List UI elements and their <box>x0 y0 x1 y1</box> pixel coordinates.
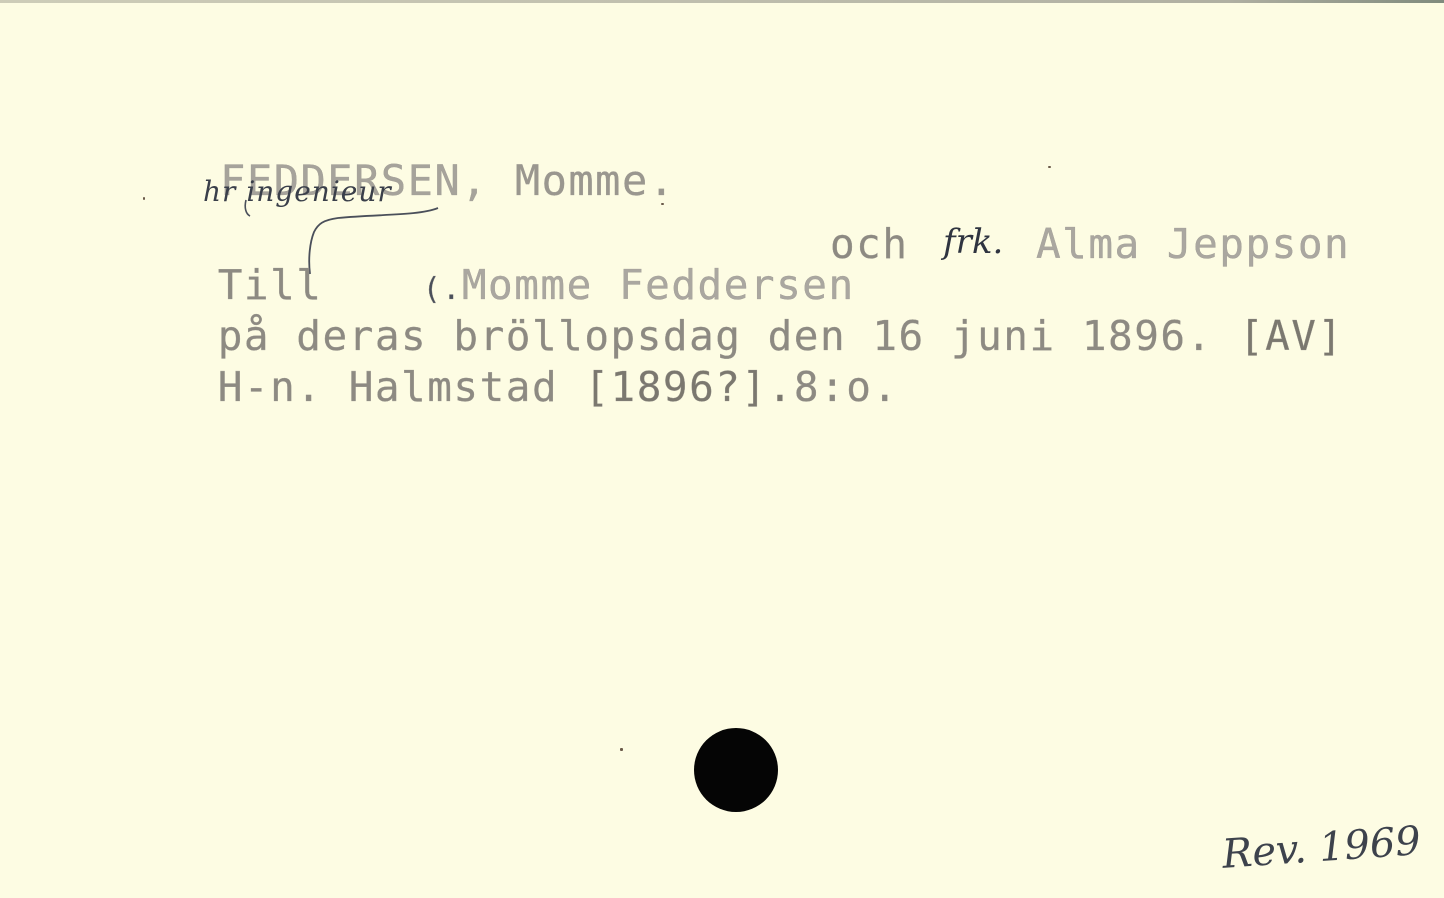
dedication-conj: och <box>830 224 909 265</box>
heading-given-name: Momme. <box>515 156 676 205</box>
speck <box>661 203 664 205</box>
card-top-edge <box>0 0 1444 3</box>
handwritten-revision-note: Rev. 1969 <box>1221 821 1422 875</box>
pub-date: [1896?]. <box>584 363 793 411</box>
body-line-3: H-n. Halmstad [1896?].8:o. <box>113 326 899 449</box>
dedication-name2: Alma Jeppson <box>1036 224 1350 265</box>
handwritten-frk-insert: frk. <box>943 225 1003 259</box>
format: 8:o. <box>794 363 899 411</box>
speck <box>143 197 145 200</box>
speck <box>1048 166 1051 168</box>
publisher: H-n. <box>218 363 323 411</box>
place: Halmstad <box>349 363 558 411</box>
punch-hole <box>694 728 778 812</box>
speck <box>620 748 623 751</box>
catalog-card: FEDDERSEN, Momme. hr ingenieur Till (.Mo… <box>0 0 1444 898</box>
author-bracket: [AV] <box>1239 312 1344 360</box>
